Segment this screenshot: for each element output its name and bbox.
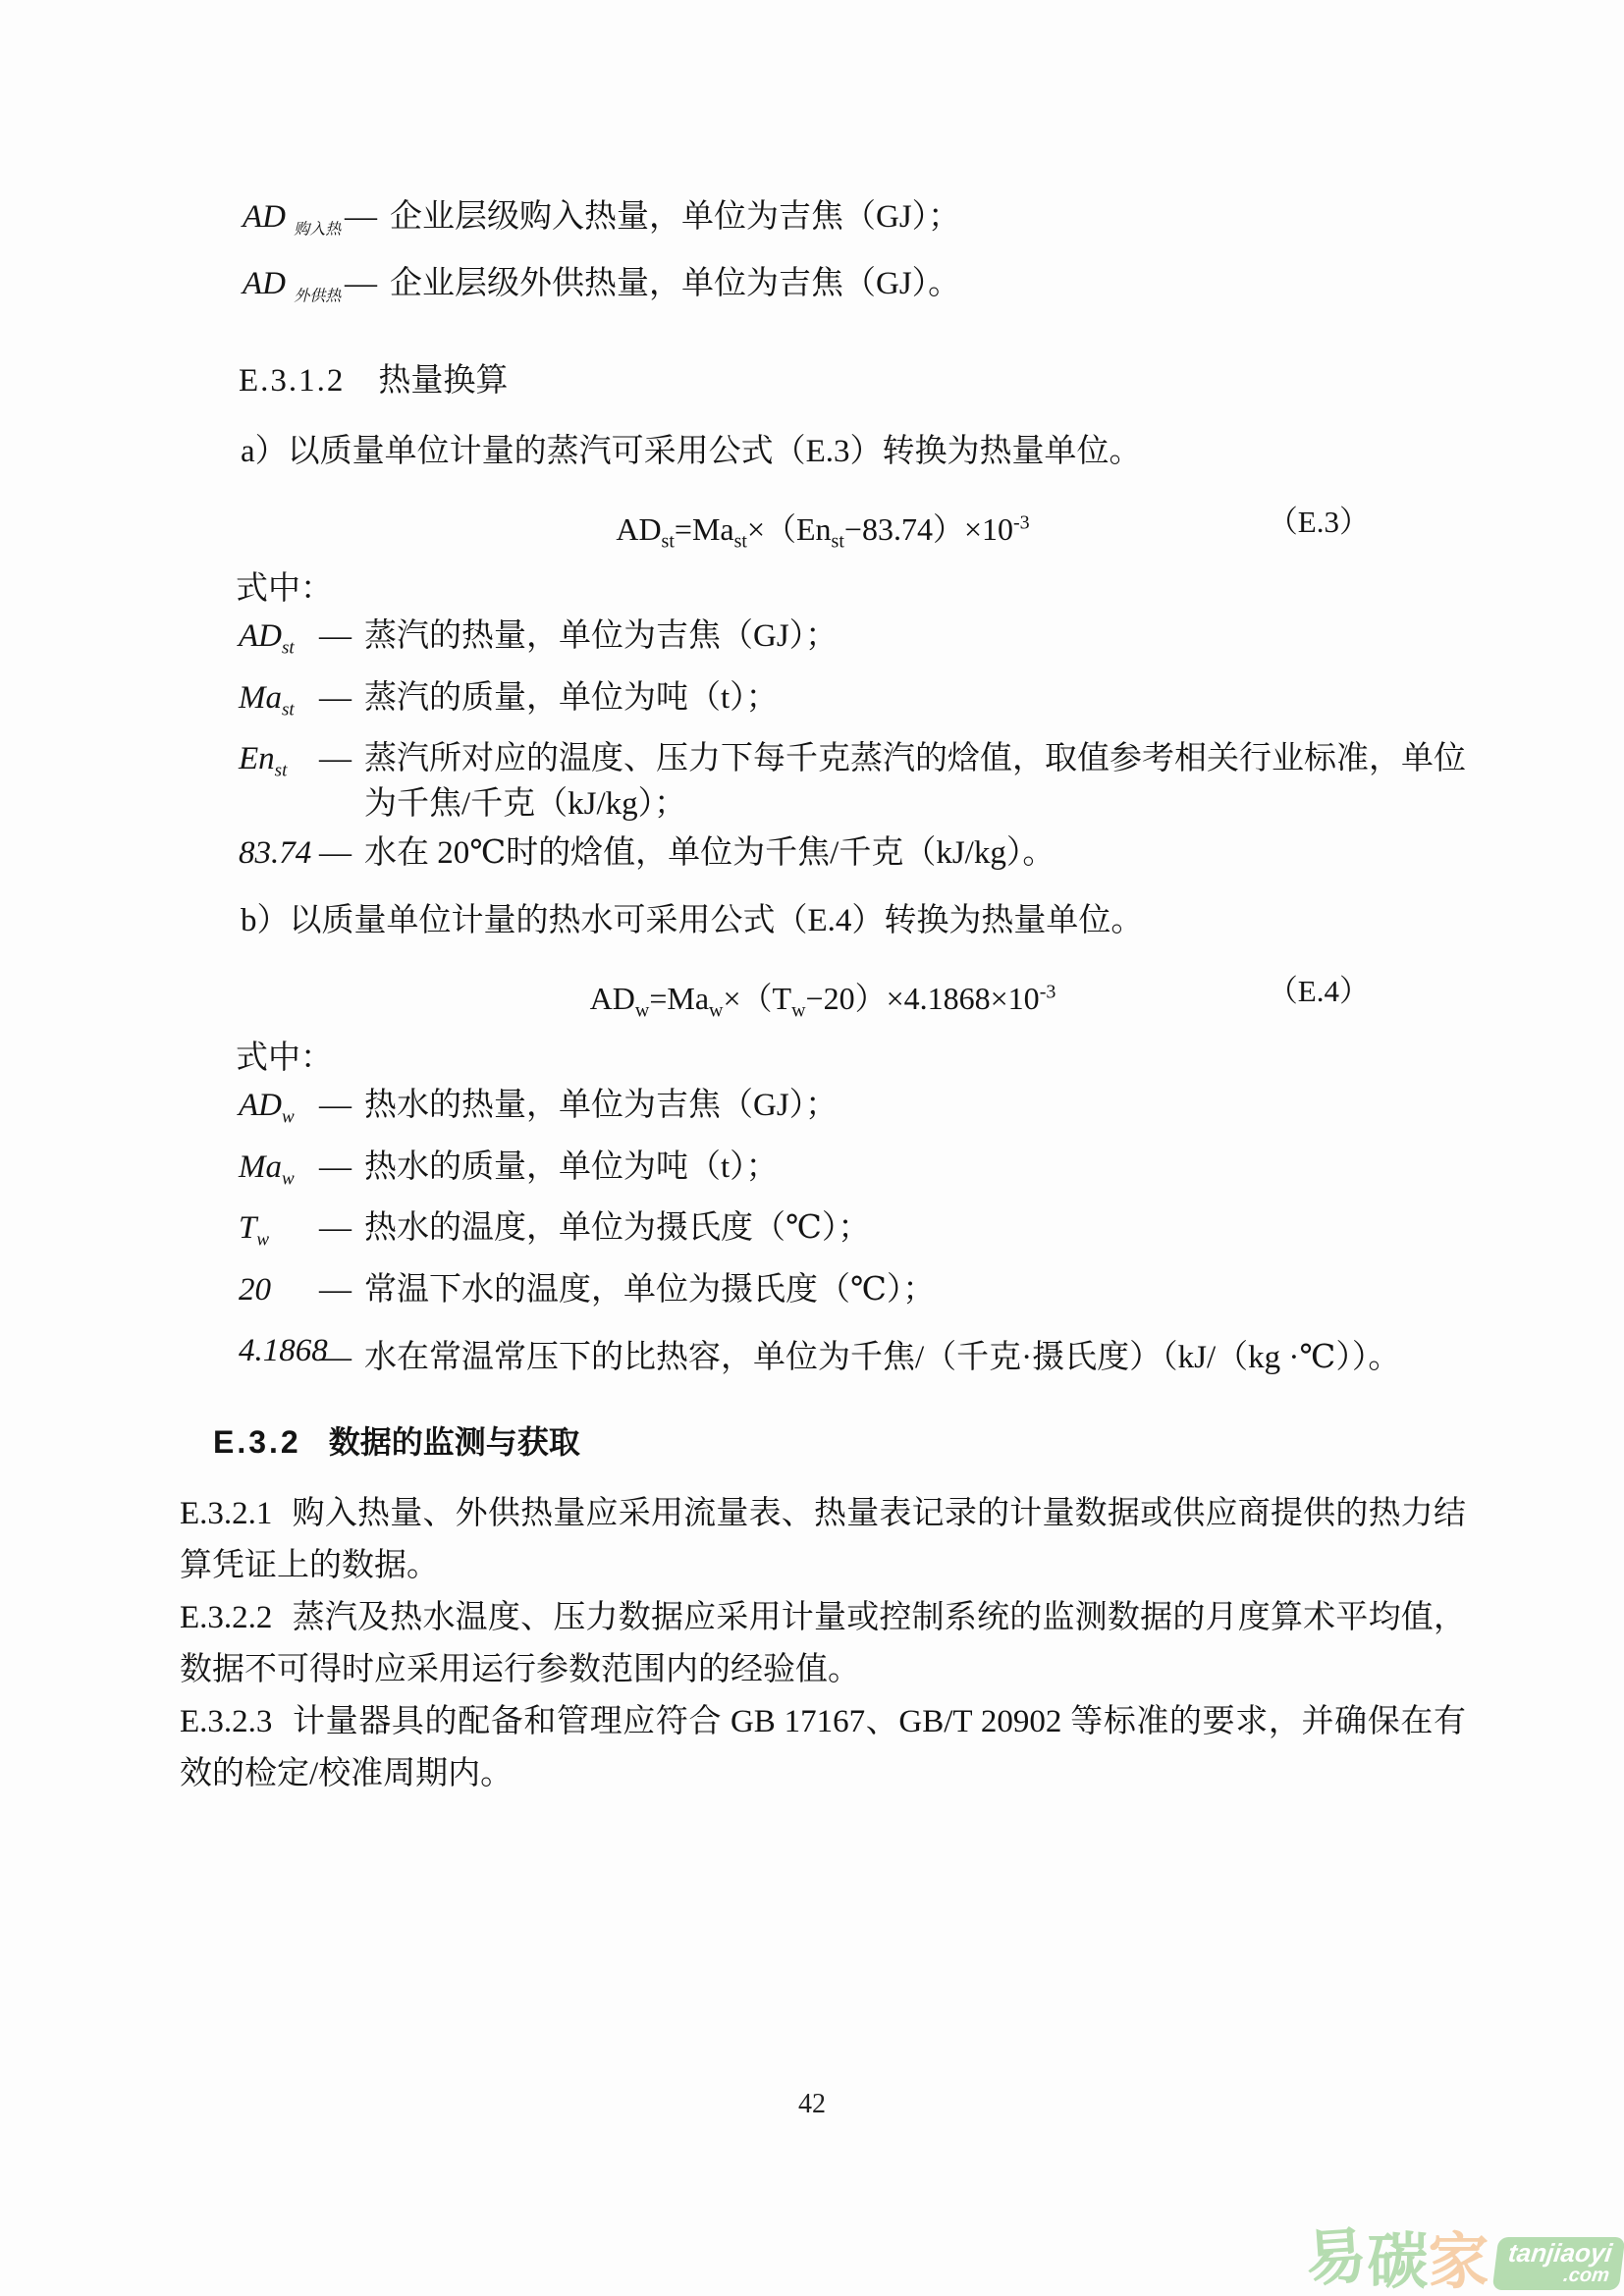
symbol-term: AD 外供热 — [243, 261, 345, 320]
em-dash: — — [345, 261, 390, 320]
symbol-term: AD 购入热 — [243, 194, 345, 253]
paragraph-text: 购入热量、外供热量应采用流量表、热量表记录的计量数据或供应商提供的热力结算凭证上… — [180, 1496, 1466, 1583]
symbol-term: 4.1868 — [239, 1328, 319, 1386]
definition-row: AD 购入热 — 企业层级购入热量，单位为吉焦（GJ）； — [243, 194, 1466, 253]
formula-e3-label: （E.3） — [1268, 498, 1370, 547]
em-dash: — — [319, 1145, 364, 1202]
symbol-description: 蒸汽的热量，单位为吉焦（GJ）； — [364, 614, 1466, 671]
watermark-char-yi: 易 — [1304, 2227, 1369, 2290]
definition-row: 20 — 常温下水的温度，单位为摄氏度（℃）； — [239, 1267, 1466, 1325]
em-dash: — — [345, 194, 390, 253]
formula-e4: ADw=Maw×（Tw−20）×4.1868×10-3 （E.4） — [180, 967, 1466, 1016]
symbol-description: 水在常温常压下的比热容，单位为千焦/（千克·摄氏度）（kJ/（kg ·℃））。 — [364, 1335, 1466, 1380]
em-dash: — — [319, 614, 364, 671]
symbol-description: 企业层级购入热量，单位为吉焦（GJ）； — [390, 194, 1466, 253]
formula-e3-expression: ADst=Mast×（Enst−83.74）×10-3 — [616, 511, 1029, 547]
tanjiaoyi-watermark-logo: 易 碳 家 tanjiaoyi .com — [1306, 2233, 1622, 2292]
paragraph-e323: E.3.2.3计量器具的配备和管理应符合 GB 17167、GB/T 20902… — [180, 1696, 1466, 1800]
watermark-badge: tanjiaoyi .com — [1491, 2237, 1624, 2290]
paragraph-e321: E.3.2.1购入热量、外供热量应采用流量表、热量表记录的计量数据或供应商提供的… — [180, 1488, 1466, 1592]
document-content: AD 购入热 — 企业层级购入热量，单位为吉焦（GJ）； AD 外供热 — 企业… — [180, 194, 1466, 1800]
symbol-term: 20 — [239, 1267, 319, 1325]
definition-row: Tw — 热水的温度，单位为摄氏度（℃）； — [239, 1205, 1466, 1263]
symbol-term: ADw — [239, 1083, 319, 1141]
em-dash: — — [319, 1083, 364, 1141]
em-dash: — — [319, 1267, 364, 1325]
symbol-term: Mast — [239, 675, 319, 733]
symbol-term: Tw — [239, 1205, 319, 1263]
formula-e4-expression: ADw=Maw×（Tw−20）×4.1868×10-3 — [590, 981, 1056, 1016]
em-dash: — — [319, 675, 364, 733]
formula-e3: ADst=Mast×（Enst−83.74）×10-3 （E.3） — [180, 498, 1466, 547]
section-number: E.3.2 — [213, 1424, 301, 1460]
definition-row: 4.1868 — 水在常温常压下的比热容，单位为千焦/（千克·摄氏度）（kJ/（… — [239, 1328, 1466, 1386]
definition-row: ADw — 热水的热量，单位为吉焦（GJ）； — [239, 1083, 1466, 1141]
paragraph-number: E.3.2.3 — [180, 1704, 292, 1739]
section-number: E.3.1.2 — [239, 363, 345, 399]
clause-b: b）以质量单位计量的热水可采用公式（E.4）转换为热量单位。 — [241, 898, 1466, 943]
definition-row: AD 外供热 — 企业层级外供热量，单位为吉焦（GJ）。 — [243, 261, 1466, 320]
section-title: 数据的监测与获取 — [329, 1424, 580, 1460]
definition-row: Maw — 热水的质量，单位为吨（t）； — [239, 1145, 1466, 1202]
definition-row: ADst — 蒸汽的热量，单位为吉焦（GJ）； — [239, 614, 1466, 671]
section-title: 热量换算 — [378, 363, 508, 399]
clause-a: a）以质量单位计量的蒸汽可采用公式（E.3）转换为热量单位。 — [241, 429, 1466, 474]
page-number: 42 — [0, 2089, 1624, 2120]
symbol-description: 企业层级外供热量，单位为吉焦（GJ）。 — [390, 261, 1466, 320]
symbol-description: 蒸汽的质量，单位为吨（t）； — [364, 675, 1466, 733]
paragraph-number: E.3.2.1 — [180, 1496, 292, 1531]
where-label: 式中： — [236, 566, 1466, 612]
section-heading-e312: E.3.1.2热量换算 — [239, 358, 1466, 403]
symbol-description: 常温下水的温度，单位为摄氏度（℃）； — [364, 1267, 1466, 1325]
definition-row: Mast — 蒸汽的质量，单位为吨（t）； — [239, 675, 1466, 733]
where-label: 式中： — [236, 1036, 1466, 1081]
symbol-description: 热水的质量，单位为吨（t）； — [364, 1145, 1466, 1202]
paragraph-e322: E.3.2.2蒸汽及热水温度、压力数据应采用计量或控制系统的监测数据的月度算术平… — [180, 1592, 1466, 1696]
paragraph-number: E.3.2.2 — [180, 1600, 292, 1635]
paragraph-text: 蒸汽及热水温度、压力数据应采用计量或控制系统的监测数据的月度算术平均值，数据不可… — [180, 1600, 1466, 1687]
watermark-char-jia: 家 — [1429, 2233, 1489, 2292]
definition-row: 83.74 — 水在 20℃时的焓值，单位为千焦/千克（kJ/kg）。 — [239, 830, 1466, 888]
formula-e4-label: （E.4） — [1268, 967, 1370, 1016]
definition-row: Enst — 蒸汽所对应的温度、压力下每千克蒸汽的焓值，取值参考相关行业标准，单… — [239, 736, 1466, 827]
symbol-description: 蒸汽所对应的温度、压力下每千克蒸汽的焓值，取值参考相关行业标准，单位为千焦/千克… — [364, 736, 1466, 827]
paragraph-text: 计量器具的配备和管理应符合 GB 17167、GB/T 20902 等标准的要求… — [180, 1704, 1466, 1791]
watermark-char-tan: 碳 — [1367, 2233, 1428, 2292]
symbol-term: Maw — [239, 1145, 319, 1202]
symbol-description: 水在 20℃时的焓值，单位为千焦/千克（kJ/kg）。 — [364, 830, 1466, 888]
symbol-term: ADst — [239, 614, 319, 671]
symbol-term: Enst — [239, 736, 319, 827]
symbol-description: 热水的热量，单位为吉焦（GJ）； — [364, 1083, 1466, 1141]
em-dash: — — [319, 1205, 364, 1263]
document-page: AD 购入热 — 企业层级购入热量，单位为吉焦（GJ）； AD 外供热 — 企业… — [0, 0, 1624, 2296]
em-dash: — — [319, 736, 364, 827]
symbol-term: 83.74 — [239, 830, 319, 888]
watermark-domain-name: tanjiaoyi — [1506, 2240, 1613, 2266]
em-dash: — — [319, 1335, 364, 1380]
em-dash: — — [319, 830, 364, 888]
watermark-domain-tld: .com — [1504, 2266, 1610, 2285]
symbol-description: 热水的温度，单位为摄氏度（℃）； — [364, 1205, 1466, 1263]
section-heading-e32: E.3.2数据的监测与获取 — [213, 1419, 1466, 1465]
